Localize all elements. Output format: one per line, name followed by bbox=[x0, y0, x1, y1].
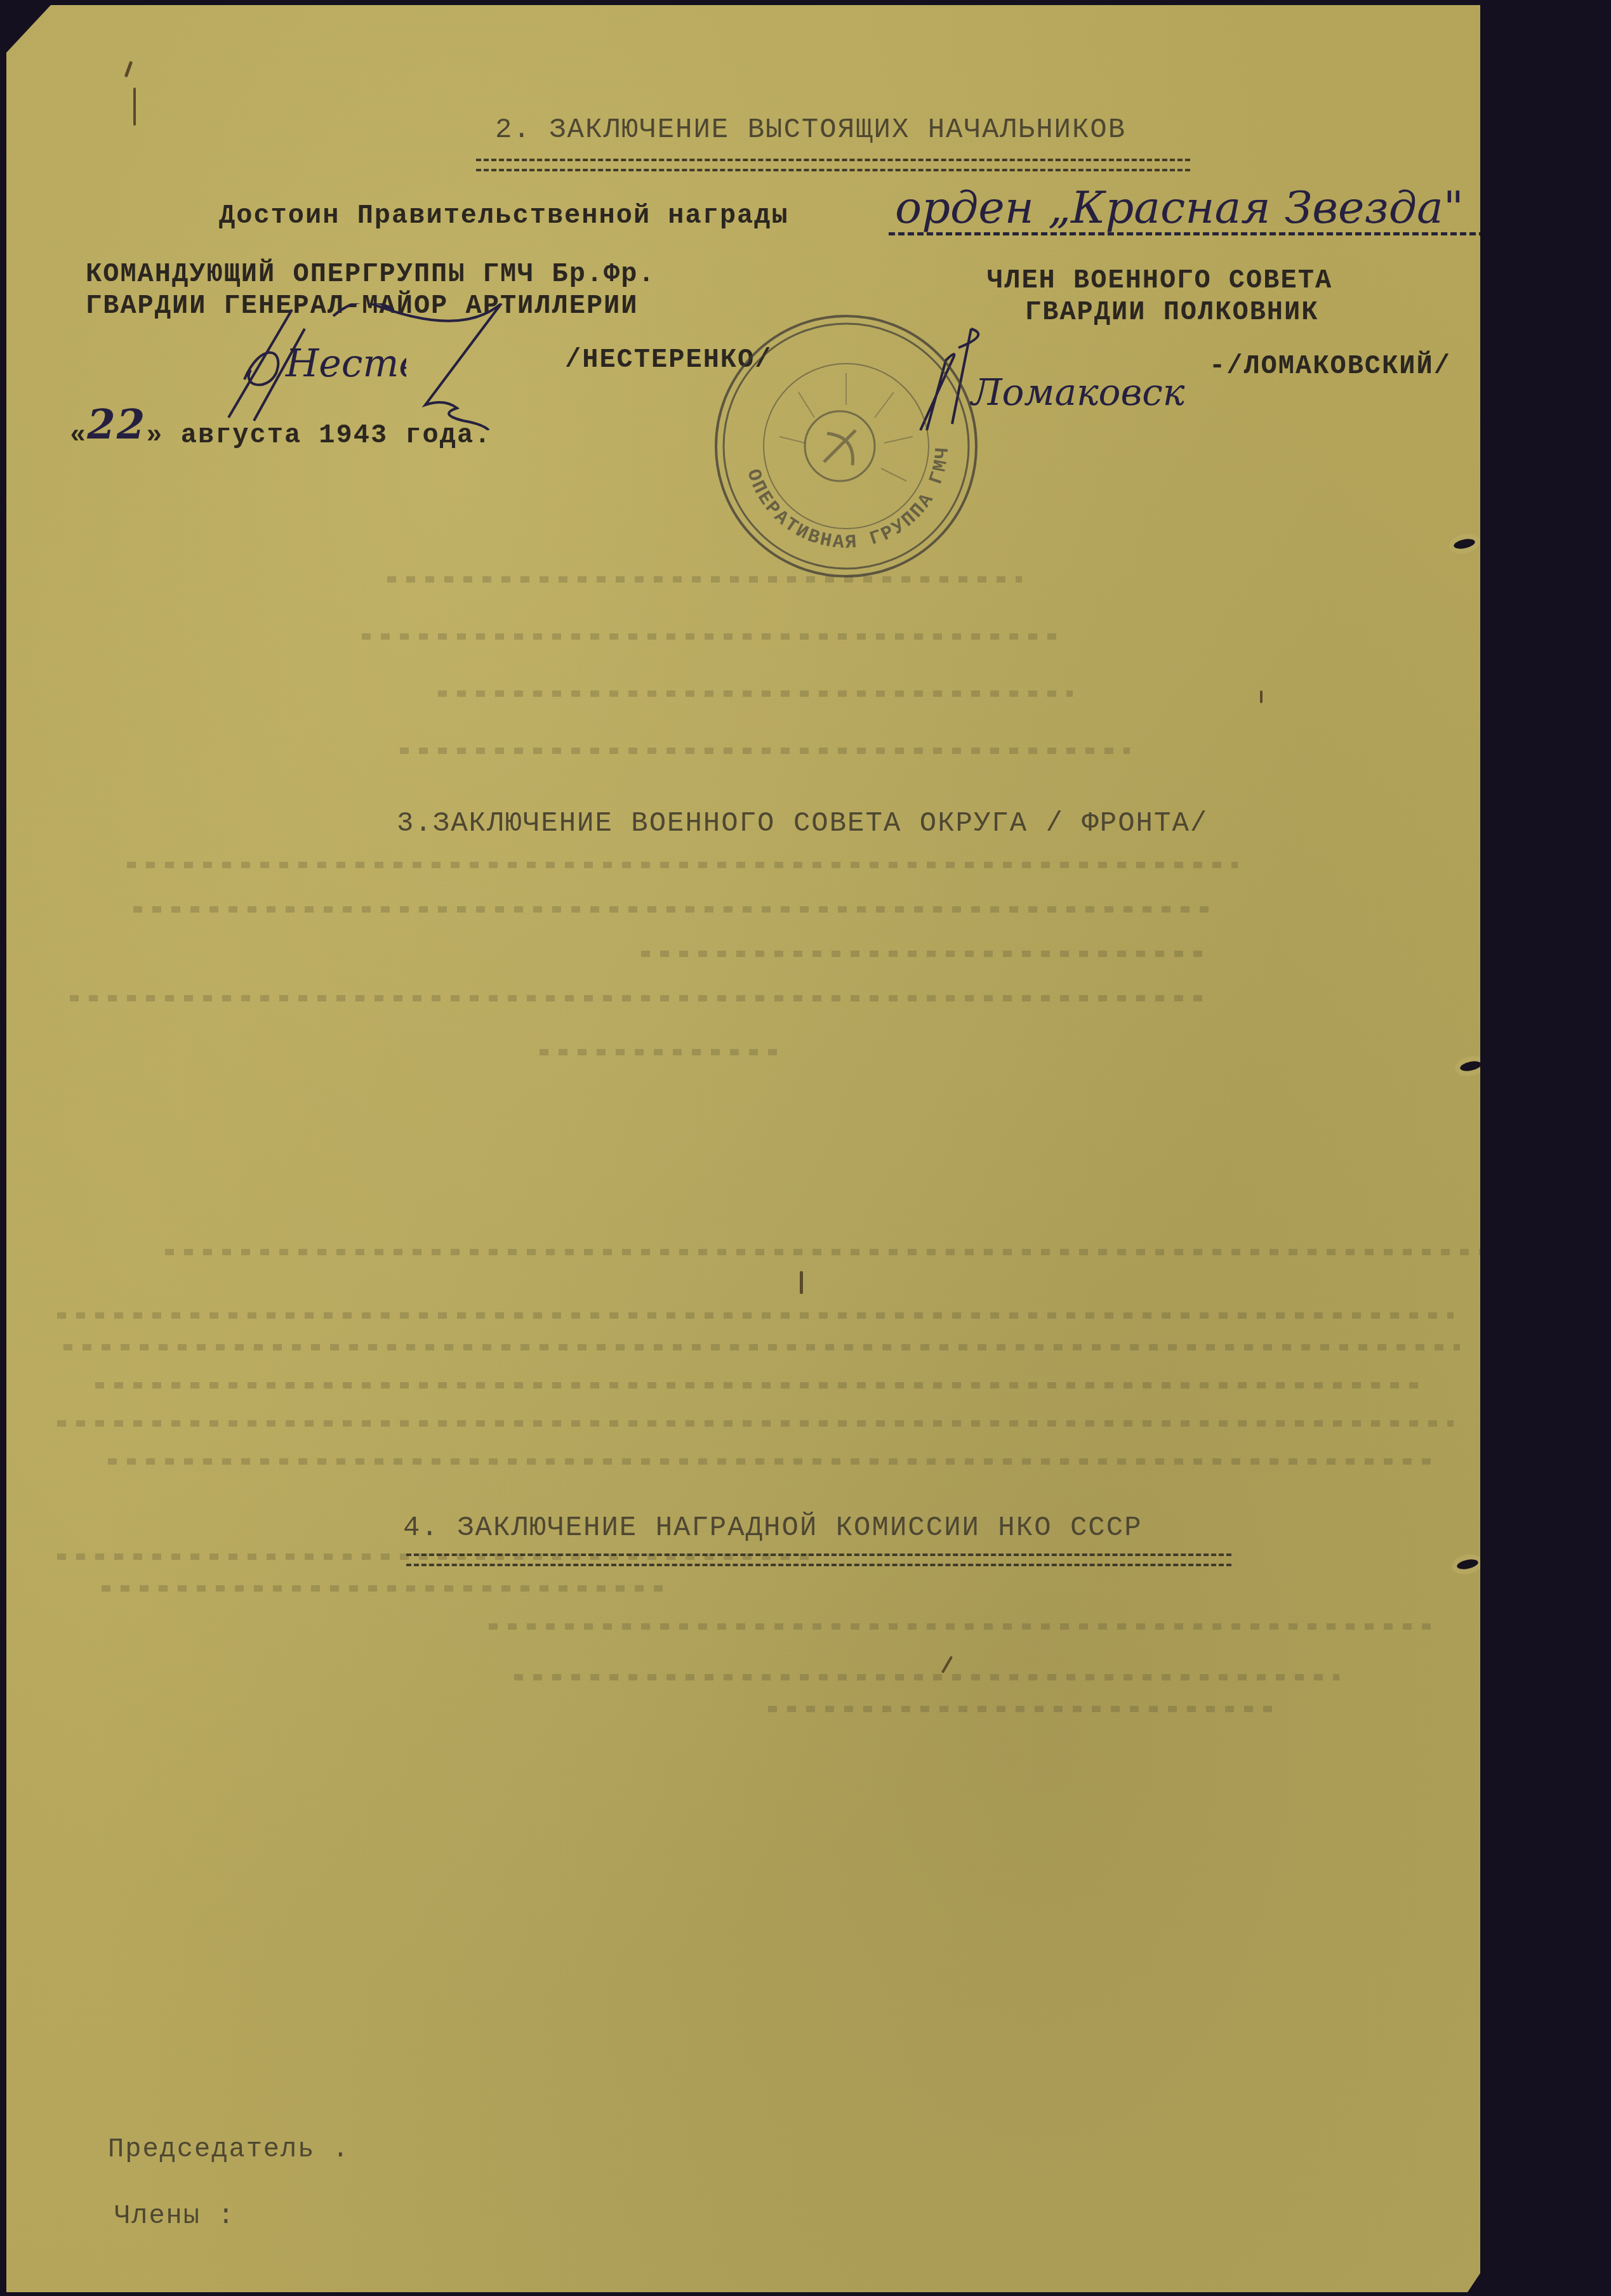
bleed-through-line bbox=[387, 576, 1022, 583]
date-quote-open: « bbox=[70, 420, 87, 451]
punch-hole-icon bbox=[1453, 538, 1476, 551]
bleed-through-line bbox=[127, 862, 1238, 868]
signature-date: «22» августа 1943 года. bbox=[70, 405, 491, 452]
bleed-through-line bbox=[165, 1249, 1498, 1255]
bleed-through-line bbox=[95, 1382, 1428, 1389]
section3-heading: 3.ЗАКЛЮЧЕНИЕ ВОЕННОГО СОВЕТА ОКРУГА / ФР… bbox=[397, 808, 1208, 840]
award-label: Достоин Правительственной награды bbox=[219, 201, 789, 231]
official-stamp-icon: ОПЕРАТИВНАЯ ГРУППА ГМЧ bbox=[710, 310, 983, 583]
bleed-through-line bbox=[102, 1585, 673, 1592]
date-rest: августа 1943 года. bbox=[181, 420, 492, 451]
bleed-through-line bbox=[489, 1623, 1441, 1630]
bleed-through-line bbox=[514, 1674, 1339, 1680]
bleed-through-line bbox=[540, 1049, 781, 1055]
members-label: Члены : bbox=[114, 2201, 235, 2231]
section4-heading: 4. ЗАКЛЮЧЕНИЕ НАГРАДНОЙ КОМИССИИ НКО ССС… bbox=[403, 1512, 1143, 1544]
bleed-through-line bbox=[108, 1458, 1441, 1465]
bleed-through-line bbox=[438, 690, 1073, 697]
bleed-through-line bbox=[63, 1344, 1460, 1350]
bleed-through-line bbox=[57, 1312, 1454, 1319]
punch-hole-icon bbox=[1456, 1558, 1479, 1571]
bleed-through-line bbox=[400, 748, 1130, 754]
bleed-through-line bbox=[641, 951, 1212, 957]
document-page: 2. ЗАКЛЮЧЕНИЕ ВЫСТОЯЩИХ НАЧАЛЬНИКОВ Дост… bbox=[6, 5, 1480, 2292]
date-day-handwritten: 22 bbox=[87, 401, 146, 449]
bleed-through-line bbox=[133, 906, 1212, 913]
section2-heading: 2. ЗАКЛЮЧЕНИЕ ВЫСТОЯЩИХ НАЧАЛЬНИКОВ bbox=[495, 114, 1126, 146]
bleed-through-line bbox=[70, 995, 1212, 1001]
ink-speck bbox=[124, 61, 133, 77]
left-signer-title-1: КОМАНДУЮЩИЙ ОПЕРГРУППЫ ГМЧ Бр.Фр. bbox=[86, 259, 656, 289]
right-signer-name: -/ЛОМАКОВСКИЙ/ bbox=[1209, 351, 1451, 381]
bleed-through-line bbox=[362, 633, 1060, 640]
right-signer-title-1: ЧЛЕН ВОЕННОГО СОВЕТА bbox=[987, 265, 1332, 296]
bleed-through-line bbox=[57, 1420, 1454, 1427]
svg-text:Ломаковск: Ломаковск bbox=[969, 371, 1185, 414]
punch-hole-icon bbox=[1459, 1060, 1482, 1073]
ink-speck bbox=[941, 1656, 953, 1673]
date-quote-close: » bbox=[146, 420, 163, 451]
award-handwritten: орден „Красная Звезда" bbox=[895, 181, 1464, 234]
ink-speck bbox=[133, 88, 136, 126]
ink-speck bbox=[1260, 690, 1263, 703]
chairman-label: Председатель . bbox=[108, 2134, 350, 2165]
bleed-through-line bbox=[768, 1706, 1276, 1712]
section4-heading-underline bbox=[406, 1554, 1231, 1566]
punch-hole-icon bbox=[1488, 2075, 1511, 2088]
section2-heading-underline bbox=[476, 159, 1190, 171]
svg-text:ОПЕРАТИВНАЯ ГРУППА ГМЧ: ОПЕРАТИВНАЯ ГРУППА ГМЧ bbox=[741, 445, 954, 554]
ink-speck bbox=[800, 1271, 803, 1294]
